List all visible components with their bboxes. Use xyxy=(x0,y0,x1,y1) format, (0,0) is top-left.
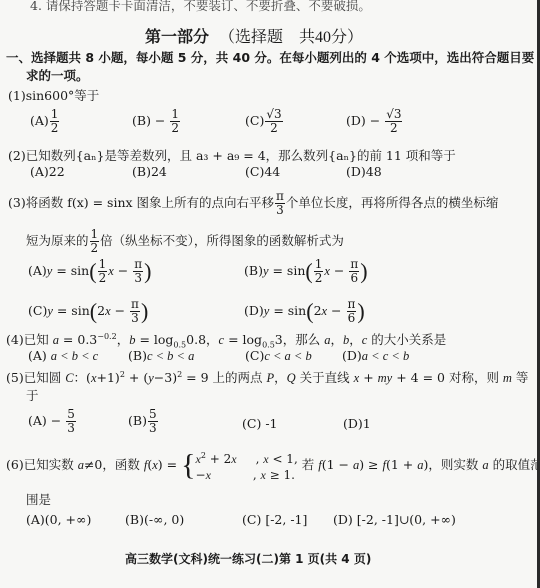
q5-option-a[interactable]: (A) − 53 xyxy=(28,408,77,435)
q1-option-c[interactable]: (C)√32 xyxy=(245,108,284,135)
question-4-stem: (4)已知 a = 0.3−0.2，b = log0.50.8，c = log0… xyxy=(6,330,446,350)
q5-option-b[interactable]: (B)53 xyxy=(128,408,159,435)
instructions-line-1: 一、选择题共 8 小题，每小题 5 分，共 40 分。在每小题列出的 4 个选项… xyxy=(6,48,534,66)
q2-option-b[interactable]: (B)24 xyxy=(132,164,167,179)
section-heading: 第一部分（选择题 共40分） xyxy=(145,24,363,47)
q4-option-c[interactable]: (C)c < a < b xyxy=(245,348,312,364)
header-note: 4. 请保持答题卡卡面清洁，不要装订、不要折叠、不要破损。 xyxy=(30,0,371,14)
q4-option-a[interactable]: (A) a < b < c xyxy=(28,348,98,364)
q1-option-b[interactable]: (B) − 12 xyxy=(132,108,181,135)
q4-option-d[interactable]: (D)a < c < b xyxy=(342,348,409,364)
q3-option-a[interactable]: (A)y = sin(12x − π3) xyxy=(28,258,151,285)
piecewise-cases: x2 + 2x , x < 1,−x , x ≥ 1. xyxy=(196,448,298,483)
question-2-stem: (2)已知数列{aₙ}是等差数列，且 a₃ + a₉ = 4，那么数列{aₙ}的… xyxy=(8,146,456,164)
q2-option-d[interactable]: (D)48 xyxy=(346,164,382,179)
q5-option-d[interactable]: (D)1 xyxy=(343,416,371,431)
q6-option-d[interactable]: (D) [-2, -1]∪(0, +∞) xyxy=(333,512,456,527)
question-6-stem-line-2: 围是 xyxy=(26,490,51,508)
section-title: 第一部分 xyxy=(145,27,209,46)
exam-page: 4. 请保持答题卡卡面清洁，不要装订、不要折叠、不要破损。 第一部分（选择题 共… xyxy=(0,0,540,588)
question-3-stem-line-2: 短为原来的12倍（纵坐标不变），所得图象的函数解析式为 xyxy=(26,228,344,255)
q6-option-a[interactable]: (A)(0, +∞) xyxy=(26,512,91,527)
instructions-line-2: 求的一项。 xyxy=(26,66,89,84)
question-3-stem-line-1: (3)将函数 f(x) = sinx 图象上所有的点向右平移π3个单位长度，再将… xyxy=(8,190,498,217)
question-5-stem-line-1: (5)已知圆 C：(x+1)2 + (y−3)2 = 9 上的两点 P，Q 关于… xyxy=(6,368,528,386)
q6-option-c[interactable]: (C) [-2, -1] xyxy=(242,512,307,527)
q4-option-b[interactable]: (B)c < b < a xyxy=(128,348,194,364)
question-1-stem: (1)sin600°等于 xyxy=(8,86,99,104)
q2-option-c[interactable]: (C)44 xyxy=(245,164,280,179)
page-footer: 高三数学(文科)统一练习(二)第 1 页(共 4 页) xyxy=(125,550,371,567)
section-subtitle: （选择题 共40分） xyxy=(219,29,363,46)
q6-option-b[interactable]: (B)(-∞, 0) xyxy=(125,512,184,527)
q1-option-a[interactable]: (A)12 xyxy=(30,108,60,135)
q3-option-d[interactable]: (D)y = sin(2x − π6) xyxy=(244,298,365,325)
q2-option-a[interactable]: (A)22 xyxy=(30,164,65,179)
q5-option-c[interactable]: (C) -1 xyxy=(242,416,278,431)
question-5-stem-line-2: 于 xyxy=(26,386,39,404)
question-6-stem-line-1: (6)已知实数 a≠0，函数 f(x) = {x2 + 2x , x < 1,−… xyxy=(6,448,540,483)
q3-option-c[interactable]: (C)y = sin(2x − π3) xyxy=(28,298,148,325)
q1-option-d[interactable]: (D) − √32 xyxy=(346,108,403,135)
q3-option-b[interactable]: (B)y = sin(12x − π6) xyxy=(244,258,368,285)
